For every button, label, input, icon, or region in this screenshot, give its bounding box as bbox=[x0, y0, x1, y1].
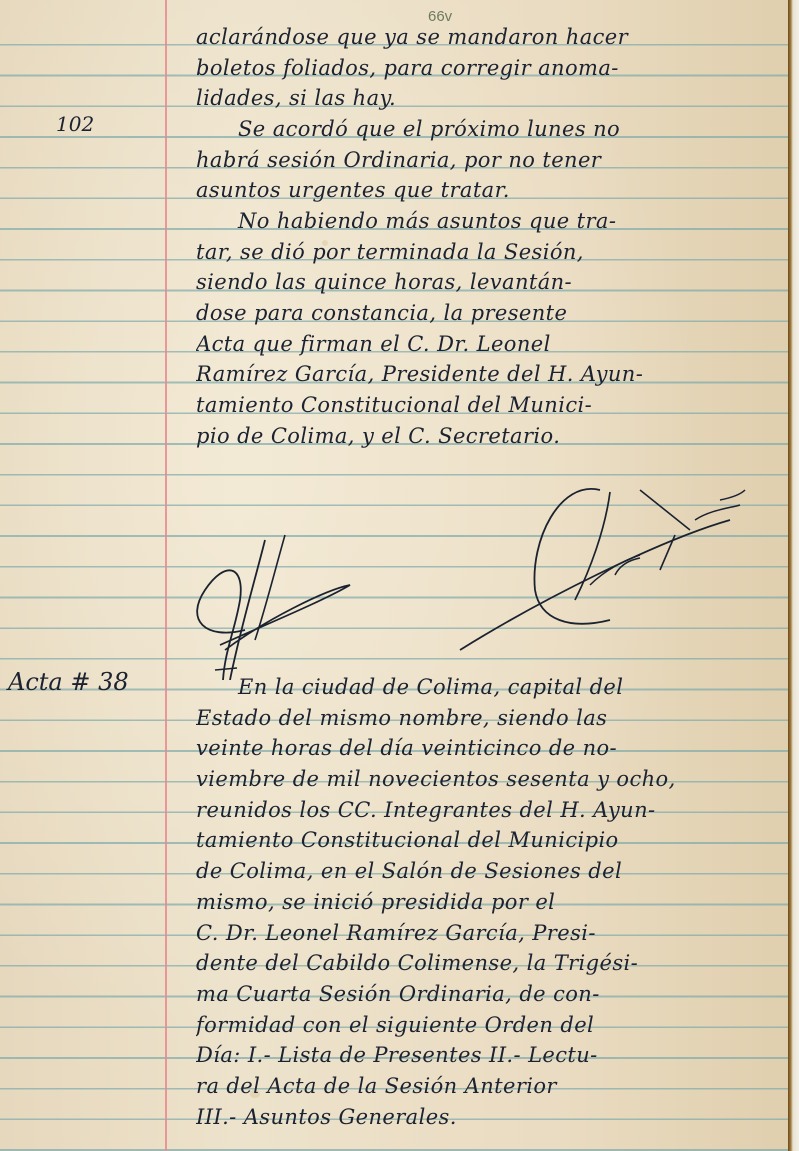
text-line: No habiendo más asuntos que tra- bbox=[196, 206, 776, 237]
text-line: lidades, si las hay. bbox=[196, 83, 776, 114]
text-line: ra del Acta de la Sesión Anterior bbox=[196, 1071, 776, 1102]
text-line: C. Dr. Leonel Ramírez García, Presi- bbox=[196, 918, 776, 949]
text-line: veinte horas del día veinticinco de no- bbox=[196, 733, 776, 764]
red-margin-line bbox=[165, 0, 167, 1151]
text-line: boletos foliados, para corregir anoma- bbox=[196, 53, 776, 84]
text-line: Acta que firman el C. Dr. Leonel bbox=[196, 329, 776, 360]
text-line: siendo las quince horas, levantán- bbox=[196, 267, 776, 298]
text-line: Día: I.- Lista de Presentes II.- Lectu- bbox=[196, 1040, 776, 1071]
paragraph-continuation: aclarándose que ya se mandaron hacer bol… bbox=[196, 22, 776, 114]
signature-president bbox=[185, 530, 365, 680]
paragraph-acta-38: En la ciudad de Colima, capital del Esta… bbox=[196, 672, 776, 1132]
text-line: mismo, se inició presidida por el bbox=[196, 887, 776, 918]
signature-secretary bbox=[440, 480, 760, 660]
text-line: habrá sesión Ordinaria, por no tener bbox=[196, 145, 776, 176]
text-line: dente del Cabildo Colimense, la Trigési- bbox=[196, 948, 776, 979]
text-line: pio de Colima, y el C. Secretario. bbox=[196, 421, 776, 452]
text-line: En la ciudad de Colima, capital del bbox=[196, 672, 776, 703]
text-line: asuntos urgentes que tratar. bbox=[196, 175, 776, 206]
paragraph-item-102: Se acordó que el próximo lunes no habrá … bbox=[196, 114, 776, 206]
text-line: de Colima, en el Salón de Sesiones del bbox=[196, 856, 776, 887]
book-binding-edge bbox=[788, 0, 799, 1151]
text-line: aclarándose que ya se mandaron hacer bbox=[196, 22, 776, 53]
text-line: Ramírez García, Presidente del H. Ayun- bbox=[196, 359, 776, 390]
text-line: Estado del mismo nombre, siendo las bbox=[196, 703, 776, 734]
text-line: III.- Asuntos Generales. bbox=[196, 1102, 776, 1133]
text-line: tamiento Constitucional del Munici- bbox=[196, 390, 776, 421]
margin-item-number: 102 bbox=[56, 112, 94, 136]
text-line: viembre de mil novecientos sesenta y och… bbox=[196, 764, 776, 795]
text-line: tamiento Constitucional del Municipio bbox=[196, 825, 776, 856]
text-line: dose para constancia, la presente bbox=[196, 298, 776, 329]
paragraph-closing: No habiendo más asuntos que tra- tar, se… bbox=[196, 206, 776, 452]
text-line: ma Cuarta Sesión Ordinaria, de con- bbox=[196, 979, 776, 1010]
text-line: reunidos los CC. Integrantes del H. Ayun… bbox=[196, 795, 776, 826]
text-line: Se acordó que el próximo lunes no bbox=[196, 114, 776, 145]
text-line: tar, se dió por terminada la Sesión, bbox=[196, 237, 776, 268]
text-line: formidad con el siguiente Orden del bbox=[196, 1010, 776, 1041]
margin-act-label: Acta # 38 bbox=[8, 668, 129, 696]
